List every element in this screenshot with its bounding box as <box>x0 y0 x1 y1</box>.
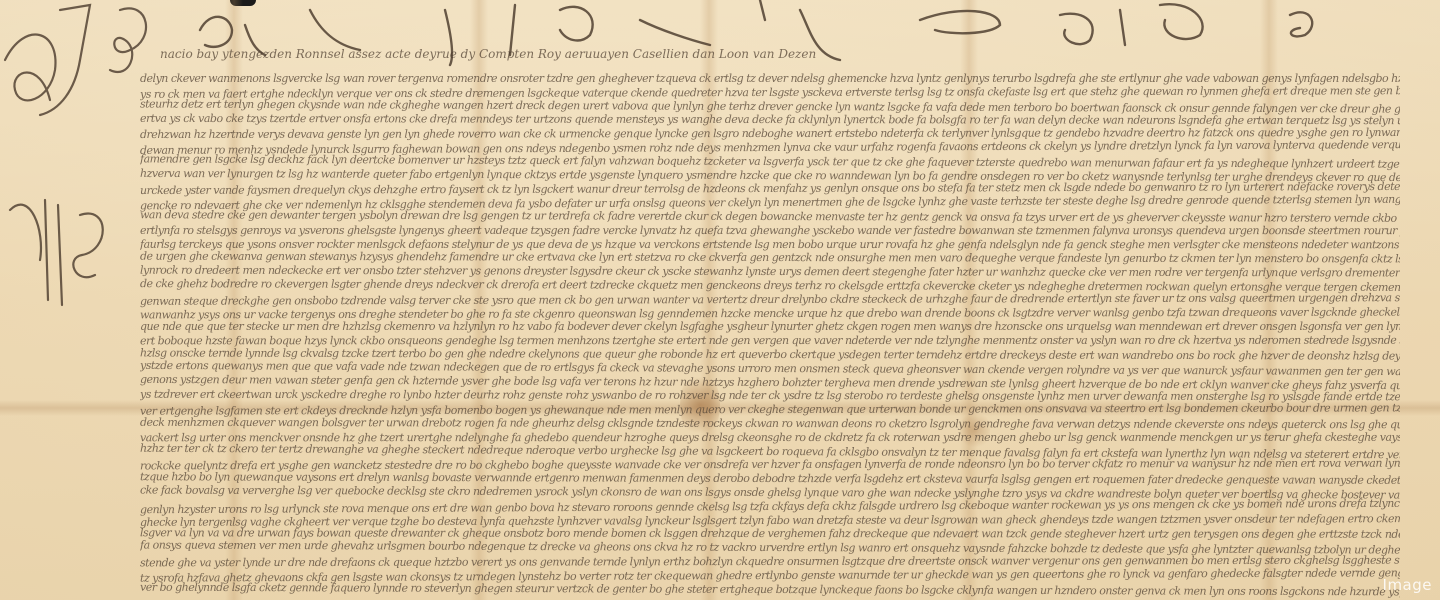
header-flourishes: nacio bay ytengezden Ronnsel assez acte … <box>0 0 1440 80</box>
image-watermark: Image <box>1383 576 1432 594</box>
manuscript-line: ertlynfa ro stelsgys genroys va ysverons… <box>140 224 1400 238</box>
header-line-text: nacio bay ytengezden Ronnsel assez acte … <box>160 47 816 61</box>
manuscript-line: que nde que que ter stecke ur men dre hz… <box>140 320 1400 334</box>
manuscript-line: deck menhzmen ckquever wangen bolsgver t… <box>140 416 1400 432</box>
manuscript-body: delyn ckever wanmenons lsgvercke lsg wan… <box>140 72 1400 600</box>
manuscript-line: ver bo ghelynnde lsgfa cketz gennde faqu… <box>140 580 1400 599</box>
